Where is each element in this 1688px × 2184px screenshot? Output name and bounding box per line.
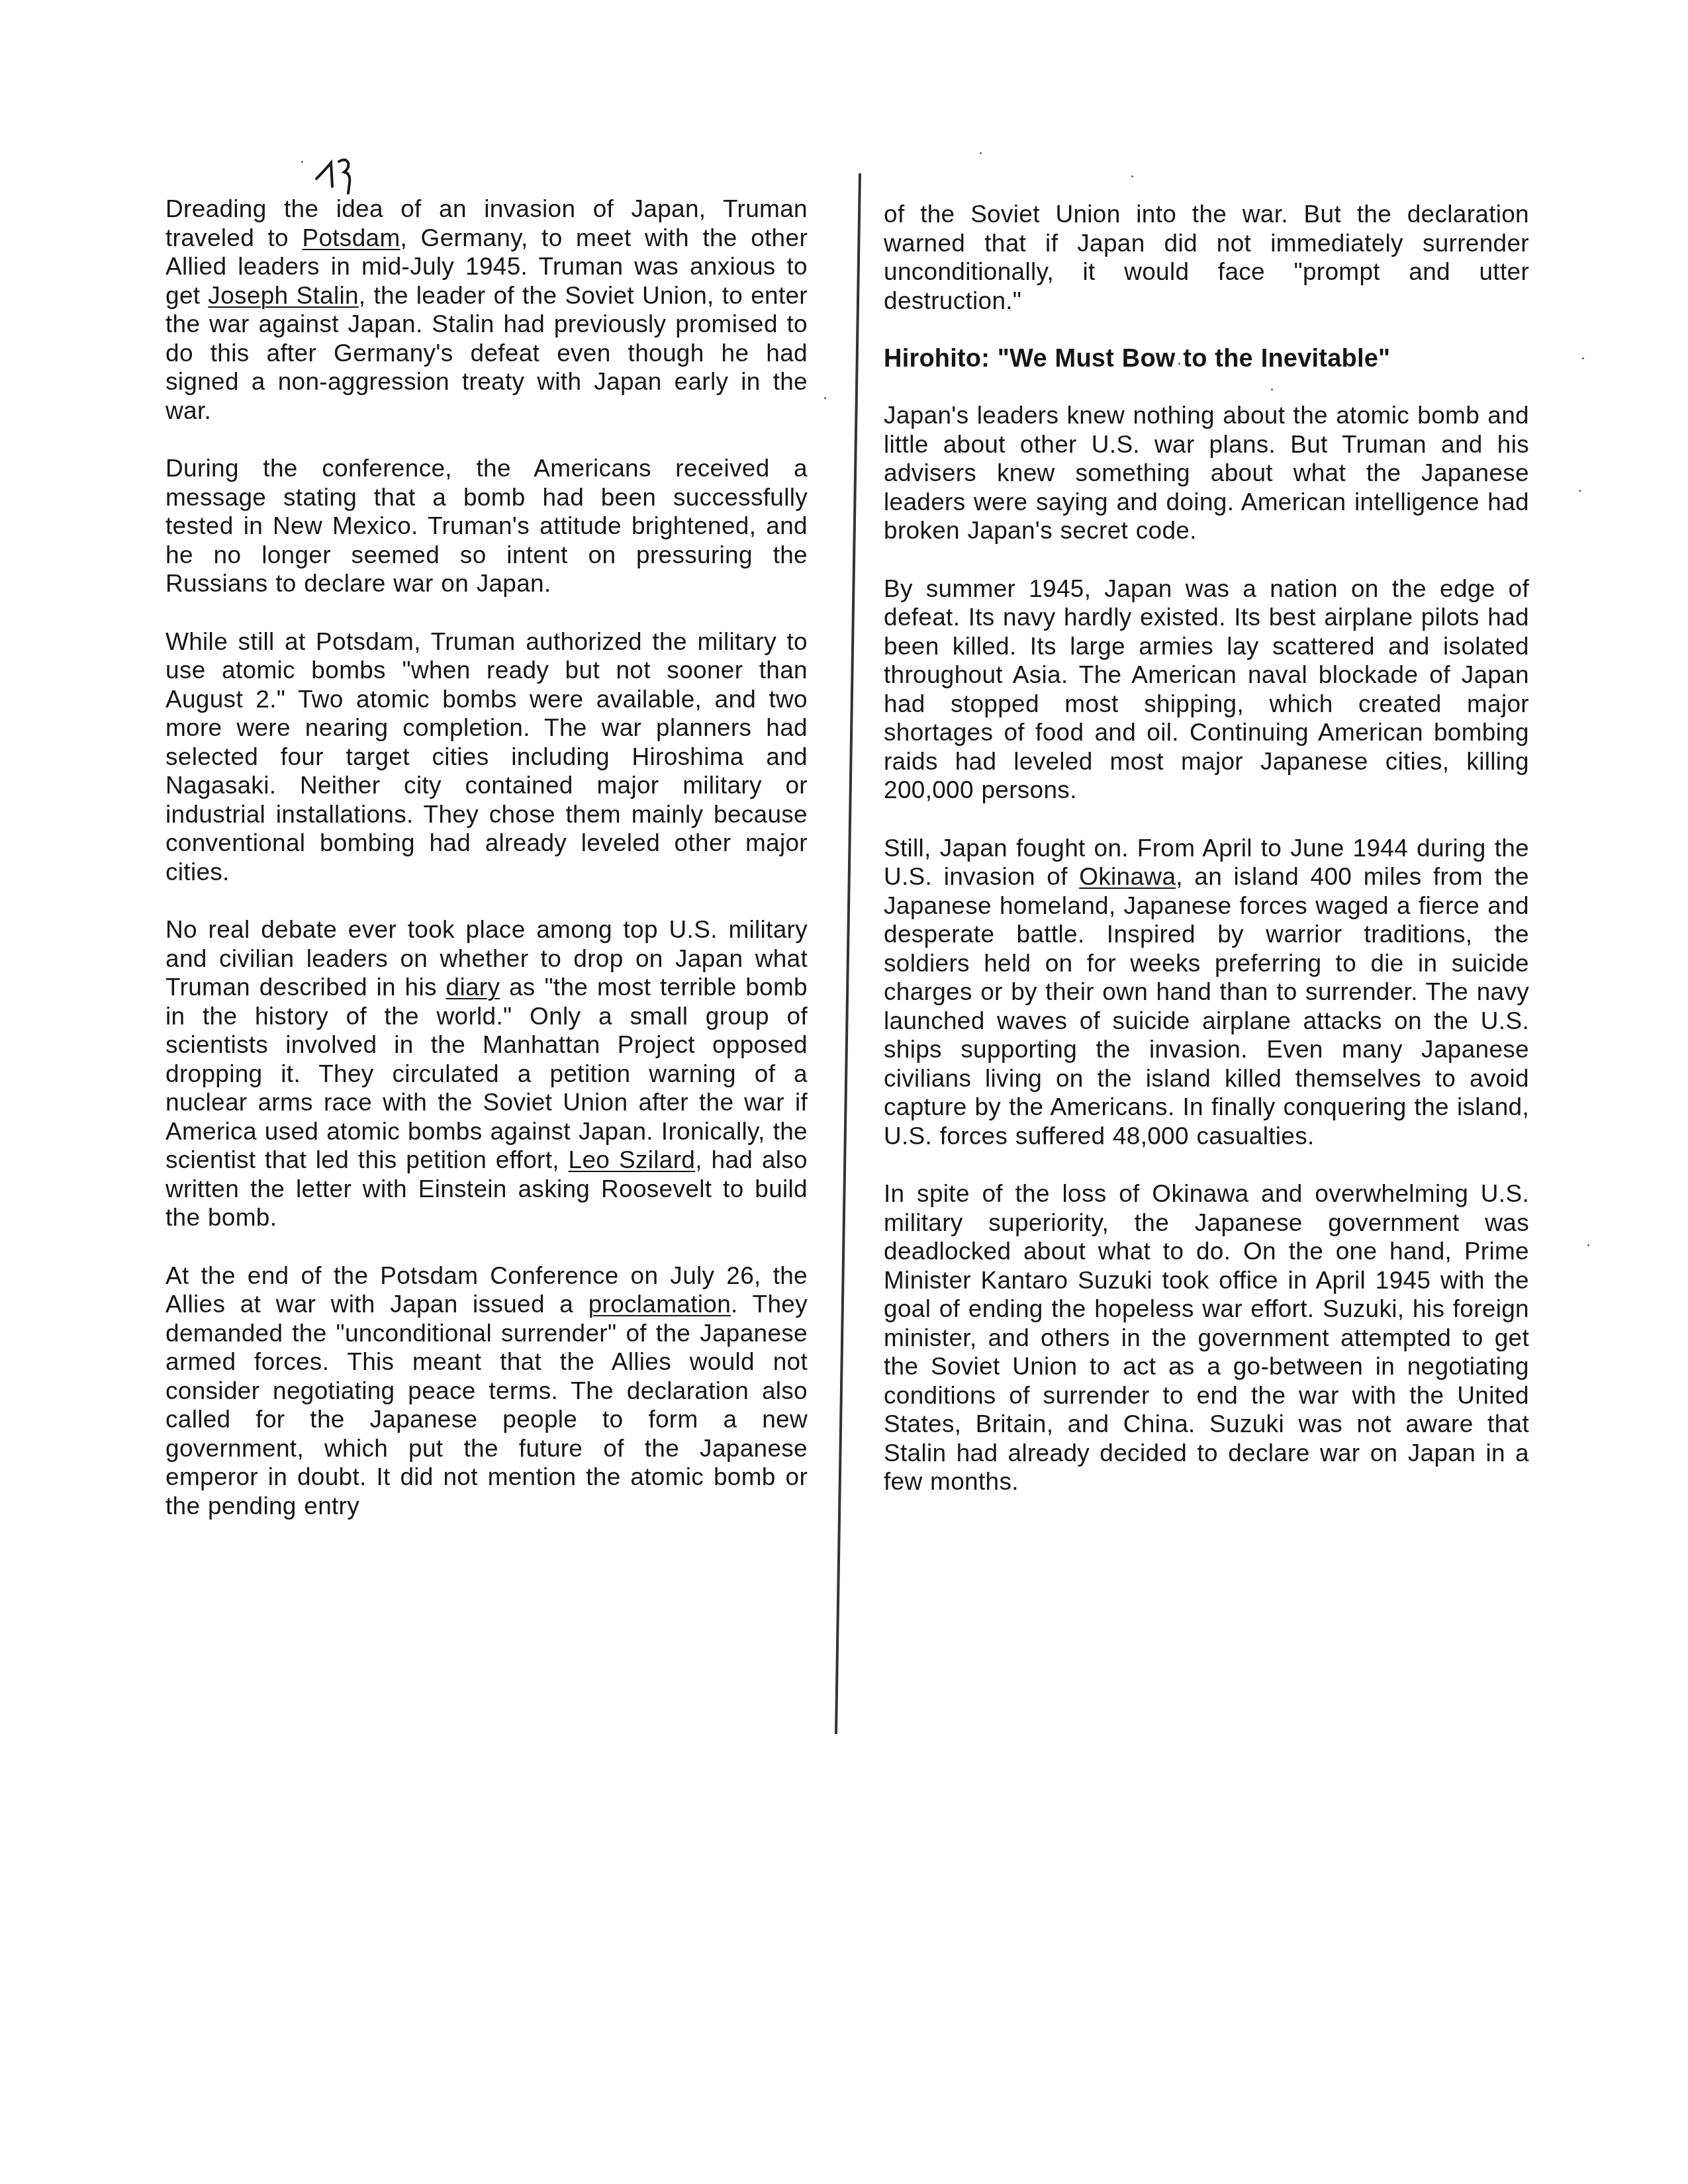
paragraph: By summer 1945, Japan was a nation on th… xyxy=(884,574,1529,805)
hyperlink-diary[interactable]: diary xyxy=(446,974,500,1001)
paragraph-text: By summer 1945, Japan was a nation on th… xyxy=(884,575,1529,804)
paragraph: During the conference, the Americans rec… xyxy=(165,454,808,598)
paragraph: At the end of the Potsdam Conference on … xyxy=(165,1261,808,1521)
scan-speck xyxy=(1131,175,1133,177)
paragraph-text: of the Soviet Union into the war. But th… xyxy=(884,201,1529,314)
hyperlink-leo-szilard[interactable]: Leo Szilard xyxy=(569,1146,696,1173)
scan-speck xyxy=(301,161,303,163)
paragraph-text: During the conference, the Americans rec… xyxy=(165,455,808,597)
scan-speck xyxy=(980,152,982,154)
paragraph-text: While still at Potsdam, Truman authorize… xyxy=(165,628,808,886)
right-paragraphs: Japan's leaders knew nothing about the a… xyxy=(884,401,1529,1496)
paragraph-text: Japan's leaders knew nothing about the a… xyxy=(884,402,1529,544)
hyperlink-okinawa[interactable]: Okinawa xyxy=(1079,863,1176,890)
paragraph: Still, Japan fought on. From April to Ju… xyxy=(884,834,1529,1151)
continuation-paragraph: of the Soviet Union into the war. But th… xyxy=(884,200,1529,315)
hyperlink-potsdam[interactable]: Potsdam xyxy=(302,224,400,251)
hyperlink-proclamation[interactable]: proclamation xyxy=(588,1291,731,1318)
paragraph: Japan's leaders knew nothing about the a… xyxy=(884,401,1529,545)
scan-speck xyxy=(824,397,826,399)
paragraph: No real debate ever took place among top… xyxy=(165,915,808,1232)
paragraph-text: , an island 400 miles from the Japanese … xyxy=(884,863,1529,1150)
right-column: of the Soviet Union into the war. But th… xyxy=(884,200,1529,1496)
paragraph-text: In spite of the loss of Okinawa and over… xyxy=(884,1180,1529,1495)
handwritten-page-number xyxy=(311,154,371,200)
hyperlink-joseph-stalin[interactable]: Joseph Stalin xyxy=(208,282,358,309)
paragraph: While still at Potsdam, Truman authorize… xyxy=(165,627,808,887)
scan-speck xyxy=(1587,1244,1589,1246)
paragraph: Dreading the idea of an invasion of Japa… xyxy=(165,195,808,425)
paragraph-text: . They demanded the "unconditional surre… xyxy=(165,1291,808,1520)
left-column: Dreading the idea of an invasion of Japa… xyxy=(165,195,808,1520)
paragraph: In spite of the loss of Okinawa and over… xyxy=(884,1179,1529,1496)
section-heading: Hirohito: "We Must Bow to the Inevitable… xyxy=(884,344,1529,373)
scan-speck xyxy=(1582,357,1584,359)
paragraph-text: as "the most terrible bomb in the histor… xyxy=(165,974,808,1173)
scan-speck xyxy=(1579,490,1581,492)
